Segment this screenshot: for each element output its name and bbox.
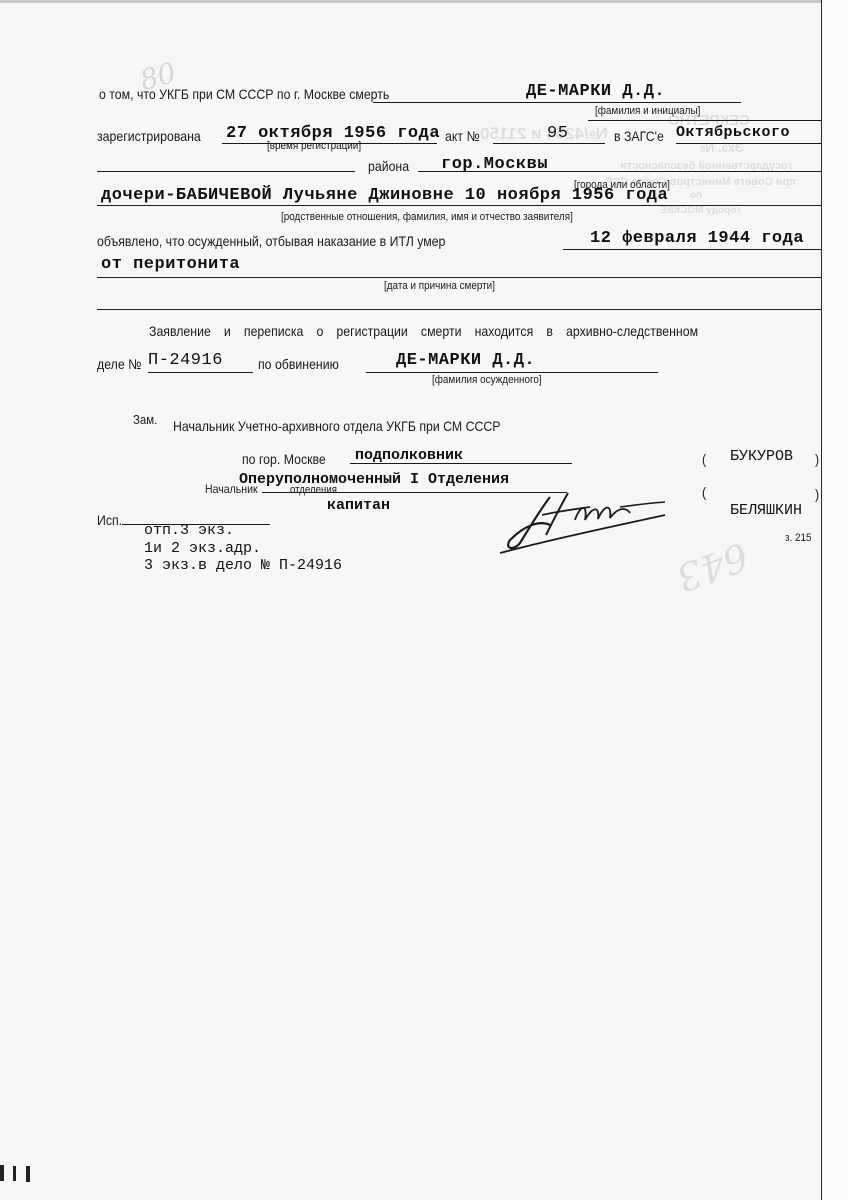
paren-close-2: )	[815, 486, 819, 502]
deceased-name-value: ДЕ-МАРКИ Д.Д.	[526, 82, 665, 101]
deputy-prefix: Зам.	[133, 412, 157, 427]
scan-mark	[0, 1165, 4, 1181]
paragraph-text: Заявление и переписка о регистрации смер…	[149, 323, 698, 339]
bleedthrough-city: городу МОСКВЕ	[660, 205, 740, 216]
department-printed: отделения	[290, 484, 337, 496]
paren-open-2: (	[702, 484, 706, 500]
handwritten-page-mark: 643	[671, 534, 754, 600]
signatory-name-bukurov: БУКУРОВ	[730, 448, 793, 465]
scan-mark	[26, 1166, 30, 1182]
caption-death-date-cause: [дата и причина смерти]	[384, 280, 495, 292]
copies-line-1: отп.3 экз.	[144, 522, 234, 539]
applicant-value: дочери-БАБИЧЕВОЙ Лучьяне Джиновне 10 ноя…	[101, 186, 668, 205]
executor-label: Исп.	[97, 512, 122, 528]
zags-label: в ЗАГС'е	[614, 128, 664, 144]
registered-label: зарегистрирована	[97, 128, 201, 144]
rank-podpolkovnik: подполковник	[355, 447, 463, 464]
paren-open-1: (	[702, 451, 706, 467]
rank-kapitan: капитан	[327, 497, 390, 514]
zags-district-value: Октябрьского	[676, 124, 790, 141]
convicted-name-value: ДЕ-МАРКИ Д.Д.	[396, 351, 535, 370]
signatory-name-belyashkin: БЕЛЯШКИН	[730, 502, 802, 519]
act-number-value: 95	[547, 124, 568, 143]
line1-text: о том, что УКГБ при СМ СССР по г. Москве…	[99, 86, 389, 102]
form-code: з. 215	[785, 532, 812, 544]
district-label: района	[368, 158, 409, 174]
copies-line-3: 3 экз.в дело № П-24916	[144, 557, 342, 574]
city-label: по гор. Москве	[242, 451, 326, 467]
paren-close-1: )	[815, 451, 819, 467]
scan-mark	[13, 1166, 16, 1181]
handwritten-signature	[480, 485, 670, 555]
death-cause-value: от перитонита	[101, 255, 240, 274]
caption-name-initials: [фамилия и инициалы]	[595, 105, 700, 117]
case-label: деле №	[97, 356, 141, 372]
page-right-margin	[822, 0, 848, 1200]
page-top-edge	[0, 0, 848, 3]
copies-line-2: 1и 2 экз.адр.	[144, 540, 261, 557]
department-typed: Оперуполномоченный I Отделения	[239, 471, 509, 488]
case-number-value: П-24916	[148, 351, 223, 370]
caption-registration-time: [время регистрации]	[267, 140, 361, 152]
chief-title: Начальник Учетно-архивного отдела УКГБ п…	[173, 418, 501, 434]
city-value: гор.Москвы	[441, 155, 548, 174]
page-right-border	[821, 0, 822, 1200]
bleedthrough-number: №/4254 и 21150	[480, 124, 608, 144]
department-head-prefix: Начальник	[205, 482, 258, 496]
caption-applicant: [родственные отношения, фамилия, имя и о…	[281, 211, 573, 223]
death-date-value: 12 февраля 1944 года	[590, 229, 804, 248]
line5-text: объявлено, что осужденный, отбывая наказ…	[97, 233, 445, 249]
charge-label: по обвинению	[258, 356, 339, 372]
bleedthrough-po: по	[690, 190, 702, 201]
caption-convicted-name: [фамилия осужденного]	[432, 374, 542, 386]
act-label: акт №	[445, 128, 480, 144]
